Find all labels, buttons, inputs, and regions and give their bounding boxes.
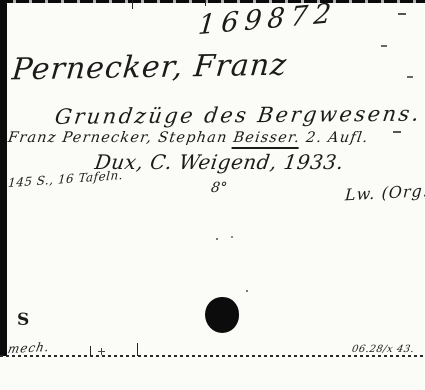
responsibility-underlined-name: Beisser. [232, 130, 302, 149]
scan-artifact [398, 13, 406, 15]
responsibility-post: 2. Aufl. [299, 130, 370, 146]
card-left-edge [0, 0, 7, 356]
scan-artifact [132, 0, 133, 9]
author-heading: Pernecker, Franz [10, 48, 288, 88]
scan-artifact [101, 348, 102, 355]
statement-of-responsibility: Franz Pernecker, Stephan Beisser. 2. Auf… [7, 130, 370, 146]
scan-artifact [90, 346, 91, 356]
shelf-mark-letter: S [17, 310, 29, 330]
binding-note: Lw. (Org.) [345, 181, 425, 205]
card-number: 169872 [197, 0, 338, 41]
scan-artifact [246, 290, 248, 292]
responsibility-pre: Franz Pernecker, Stephan [7, 130, 235, 146]
format-note: 8° [210, 180, 228, 196]
scan-artifact [381, 45, 387, 47]
scan-artifact [231, 236, 233, 238]
hole-punch [205, 297, 239, 333]
card-top-edge [0, 0, 425, 3]
collation-note: 145 S., 16 Tafeln. [8, 168, 124, 190]
scan-artifact [137, 343, 138, 356]
scan-artifact [393, 131, 401, 133]
imprint-line: Dux, C. Weigend, 1933. [93, 150, 345, 174]
card-bottom-edge [0, 355, 425, 357]
bottom-left-note: mech. [7, 340, 51, 356]
catalog-card-scan: 169872 Pernecker, Franz Grundzüge des Be… [0, 0, 425, 390]
scan-artifact [216, 238, 218, 240]
bottom-right-note: 06.28/x 43. [351, 344, 415, 355]
scan-artifact [407, 76, 413, 78]
title-line: Grundzüge des Bergwesens. Von [53, 101, 425, 129]
scan-artifact [205, 0, 206, 6]
